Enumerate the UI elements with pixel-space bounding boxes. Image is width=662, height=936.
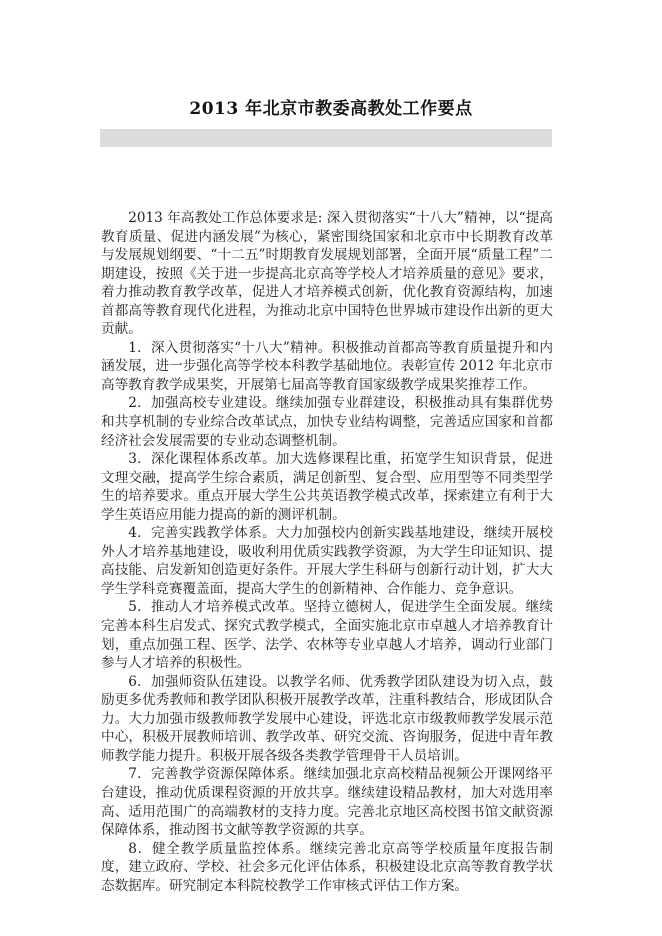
header-divider-bar [100, 129, 552, 147]
item-paragraph-3: 3．深化课程体系改革。加大选修课程比重，拓宽学生知识背景，促进文理交融，提高学生… [101, 450, 553, 524]
intro-paragraph: 2013 年高教处工作总体要求是: 深入贯彻落实“十八大”精神，以“提高教育质量… [101, 209, 553, 339]
item-paragraph-4: 4．完善实践教学体系。大力加强校内创新实践基地建设，继续开展校外人才培养基地建设… [101, 524, 553, 598]
item-paragraph-8: 8．健全教学质量监控体系。继续完善北京高等学校质量年度报告制度，建立政府、学校、… [101, 840, 553, 896]
document-body: 2013 年高教处工作总体要求是: 深入贯彻落实“十八大”精神，以“提高教育质量… [101, 209, 553, 895]
item-paragraph-6: 6．加强师资队伍建设。以教学名师、优秀教学团队建设为切入点，鼓励更多优秀教师和教… [101, 673, 553, 766]
item-paragraph-5: 5．推动人才培养模式改革。坚持立德树人，促进学生全面发展。继续完善本科生启发式、… [101, 598, 553, 672]
item-paragraph-7: 7．完善教学资源保障体系。继续加强北京高校精品视频公开课网络平台建设，推动优质课… [101, 765, 553, 839]
item-paragraph-2: 2．加强高校专业建设。继续加强专业群建设，积极推动具有集群优势和共享机制的专业综… [101, 394, 553, 450]
document-title: 2013 年北京市教委高教处工作要点 [0, 94, 662, 119]
item-paragraph-1: 1．深入贯彻落实“十八大”精神。积极推动首都高等教育质量提升和内涵发展，进一步强… [101, 339, 553, 395]
document-page: 2013 年北京市教委高教处工作要点 2013 年高教处工作总体要求是: 深入贯… [0, 0, 662, 936]
